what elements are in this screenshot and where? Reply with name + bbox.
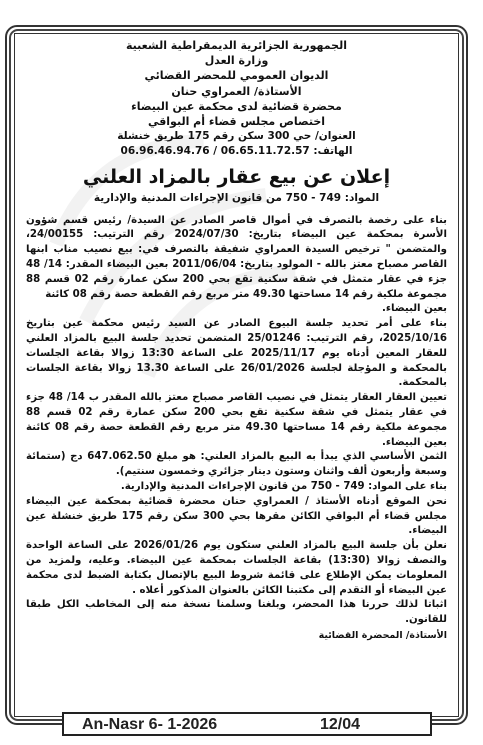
paragraph-attestation: اثباتا لذلك حررنا هذا المحضر، وبلغنا وسل… <box>26 598 447 628</box>
paragraph-bailiff-statement: نحن الموقع أدناه الأستاذ / العمراوي حنان… <box>26 495 447 539</box>
ministry-name: وزارة العدل <box>20 53 453 68</box>
paragraph-base-price: الثمن الأساسي الذي يبدأ به البيع بالمزاد… <box>26 450 447 480</box>
publication-reference: 12/04 <box>320 716 360 734</box>
paragraph-session-order: بناء على أمر تحديد جلسة البيوع الصادر عن… <box>26 317 447 391</box>
paragraph-property-designation: تعيين العقار العقار يتمثل في نصيب القاصر… <box>26 391 447 450</box>
address: العنوان/ حي 300 سكن رقم 175 طريق خنشلة <box>20 129 453 144</box>
notice-content: الجمهورية الجزائرية الديمقراطية الشعبية … <box>20 38 453 650</box>
publication-footer: An-Nasr 6- 1-2026 12/04 <box>62 712 432 736</box>
notice-body: بناء على رخصة بالتصرف في أموال قاصر الصا… <box>20 214 453 628</box>
publication-date: An-Nasr 6- 1-2026 <box>82 716 217 734</box>
court-name: محضرة قضائية لدى محكمة عين البيضاء <box>20 99 453 114</box>
paragraph-authorization: بناء على رخصة بالتصرف في أموال قاصر الصا… <box>26 214 447 303</box>
legal-articles: المواد: 749 - 750 من قانون الإجراءات الم… <box>20 192 453 204</box>
bailiff-name: الأستاذة/ العمراوي حنان <box>20 84 453 99</box>
phone: الهاتف: 06.65.11.72.57 / 06.96.46.94.76 <box>20 144 453 159</box>
paragraph-legal-basis: بناء على المواد: 749 - 750 من قانون الإج… <box>26 480 447 495</box>
signature: الأستاذة/ المحضرة القضائية <box>20 630 453 641</box>
paragraph-authorization-end: بعين البيضاء. <box>26 302 447 317</box>
paragraph-auction-announcement: نعلن بأن جلسة البيع بالمزاد العلني ستكون… <box>26 539 447 598</box>
office-name: الديوان العمومي للمحضر القضائي <box>20 68 453 83</box>
notice-title: إعلان عن بيع عقار بالمزاد العلني <box>20 166 453 188</box>
jurisdiction: اختصاص مجلس قضاء أم البواقي <box>20 114 453 129</box>
country-name: الجمهورية الجزائرية الديمقراطية الشعبية <box>20 38 453 53</box>
